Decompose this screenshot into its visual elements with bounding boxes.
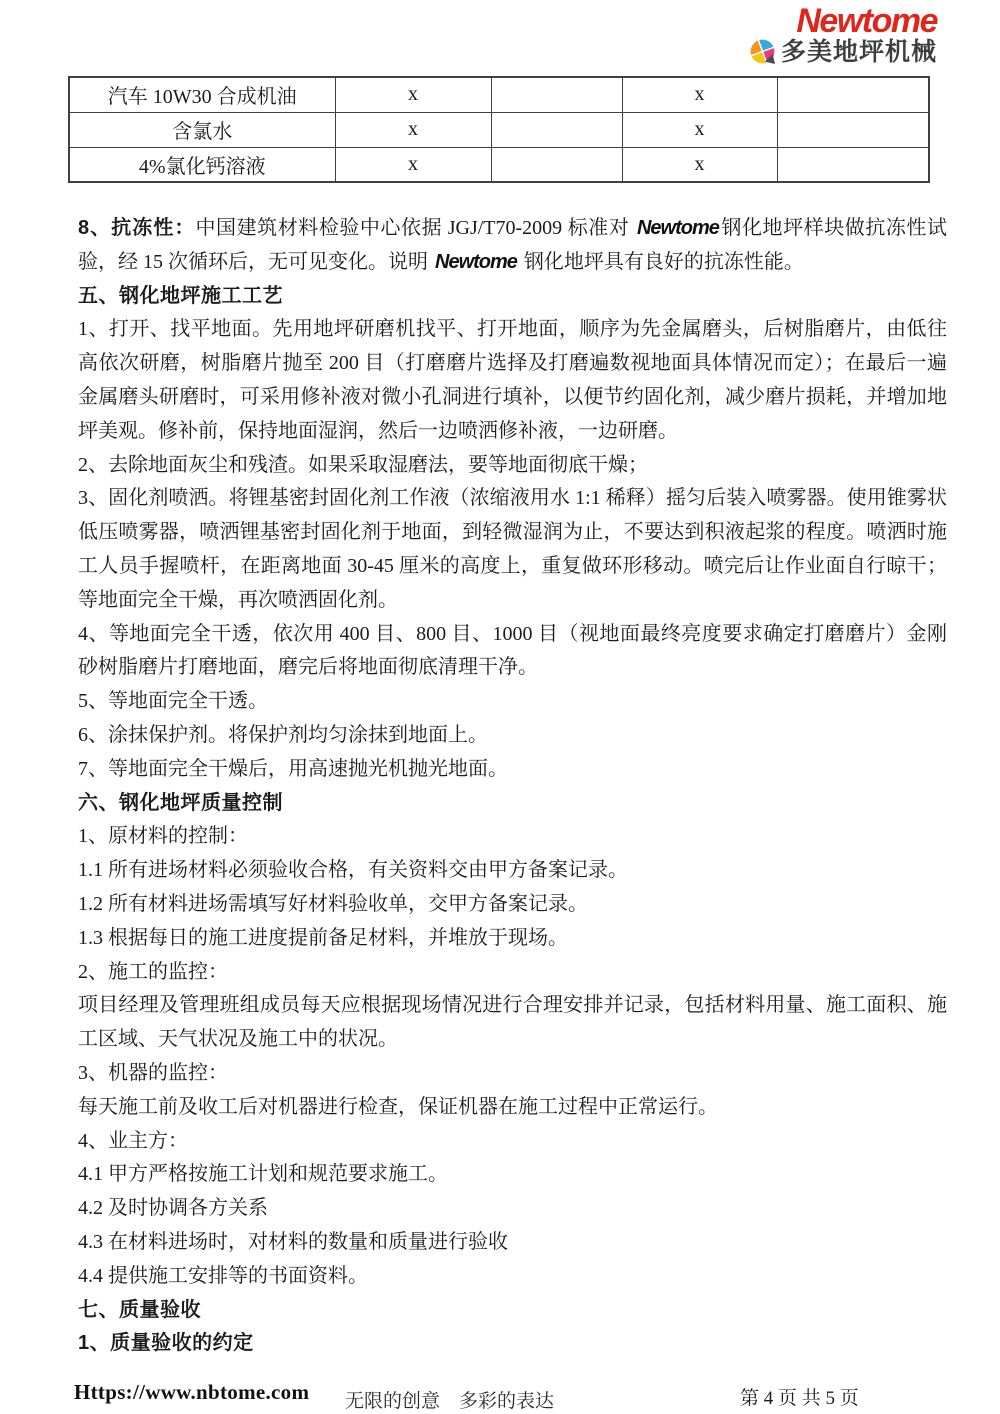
- result-cell: x: [335, 147, 491, 182]
- quality-control-item: 项目经理及管理班组成员每天应根据现场情况进行合理安排并记录，包括材料用量、施工面…: [78, 989, 947, 1057]
- brand-logo: Newtome 多美地坪机械: [749, 6, 937, 65]
- quality-control-item: 1.1 所有进场材料必须验收合格，有关资料交由甲方备案记录。: [78, 854, 947, 888]
- result-cell: x: [622, 77, 777, 112]
- result-cell: x: [622, 112, 777, 147]
- paragraph-text: 中国建筑材料检验中心依据 JGJ/T70-2009 标准对: [195, 217, 634, 239]
- table-row: 汽车 10W30 合成机油 x x: [69, 77, 929, 112]
- row-label-cell: 4%氯化钙溶液: [69, 147, 335, 182]
- result-cell: [491, 147, 622, 182]
- construction-step: 5、等地面完全干透。: [78, 685, 947, 719]
- quality-control-item: 每天施工前及收工后对机器进行检查，保证机器在施工过程中正常运行。: [78, 1091, 947, 1125]
- paragraph-frost-resistance: 8、抗冻性：中国建筑材料检验中心依据 JGJ/T70-2009 标准对 Newt…: [78, 212, 947, 280]
- quality-control-item: 2、施工的监控：: [78, 956, 947, 990]
- construction-step: 1、打开、找平地面。先用地坪研磨机找平、打开地面，顺序为先金属磨头，后树脂磨片，…: [78, 313, 947, 448]
- inline-newtome-logo: Newtome: [635, 217, 721, 239]
- footer-url: Https://www.nbtome.com: [74, 1380, 309, 1405]
- quality-control-item: 1.2 所有材料进场需填写好材料验收单，交甲方备案记录。: [78, 888, 947, 922]
- pinwheel-logo-icon: [749, 38, 776, 65]
- document-page: Newtome 多美地坪机械 汽车 10W30 合成机油 x x: [0, 0, 1000, 1414]
- row-label-cell: 含氯水: [69, 112, 335, 147]
- table-row: 4%氯化钙溶液 x x: [69, 147, 929, 182]
- subsection-heading-acceptance-agreement: 1、质量验收的约定: [78, 1327, 947, 1361]
- result-cell: [777, 112, 929, 147]
- footer-page-number: 第 4 页 共 5 页: [740, 1383, 859, 1410]
- result-cell: x: [335, 77, 491, 112]
- quality-control-item: 4、业主方：: [78, 1125, 947, 1159]
- section-heading-quality-control: 六、钢化地坪质量控制: [78, 787, 947, 821]
- result-cell: [491, 112, 622, 147]
- result-cell: x: [622, 147, 777, 182]
- quality-control-item: 3、机器的监控：: [78, 1057, 947, 1091]
- construction-step: 3、固化剂喷洒。将锂基密封固化剂工作液（浓缩液用水 1:1 稀释）摇匀后装入喷雾…: [78, 482, 947, 617]
- quality-control-item: 4.1 甲方严格按施工计划和规范要求施工。: [78, 1158, 947, 1192]
- brand-subtitle: 多美地坪机械: [781, 39, 937, 65]
- result-cell: [491, 77, 622, 112]
- construction-step: 2、去除地面灰尘和残渣。如果采取湿磨法，要等地面彻底干燥；: [78, 449, 947, 483]
- result-cell: x: [335, 112, 491, 147]
- inline-newtome-logo: Newtome: [433, 251, 519, 273]
- result-cell: [777, 77, 929, 112]
- row-label-cell: 汽车 10W30 合成机油: [69, 77, 335, 112]
- brand-wordmark: Newtome: [749, 6, 937, 36]
- brand-subtitle-row: 多美地坪机械: [749, 38, 937, 65]
- construction-step: 4、等地面完全干透，依次用 400 目、800 目、1000 目（视地面最终亮度…: [78, 618, 947, 686]
- document-body: 8、抗冻性：中国建筑材料检验中心依据 JGJ/T70-2009 标准对 Newt…: [78, 212, 947, 1361]
- section-heading-quality-acceptance: 七、质量验收: [78, 1294, 947, 1328]
- compatibility-table: 汽车 10W30 合成机油 x x 含氯水 x x 4%氯化钙溶液 x x: [68, 76, 930, 183]
- quality-control-item: 1、原材料的控制：: [78, 820, 947, 854]
- quality-control-item: 1.3 根据每日的施工进度提前备足材料，并堆放于现场。: [78, 922, 947, 956]
- construction-step: 7、等地面完全干燥后，用高速抛光机抛光地面。: [78, 753, 947, 787]
- paragraph-label: 8、抗冻性：: [78, 217, 195, 239]
- section-heading-construction-process: 五、钢化地坪施工工艺: [78, 280, 947, 314]
- quality-control-item: 4.3 在材料进场时，对材料的数量和质量进行验收: [78, 1226, 947, 1260]
- footer-slogan: 无限的创意 多彩的表达: [345, 1386, 554, 1413]
- table-row: 含氯水 x x: [69, 112, 929, 147]
- result-cell: [777, 147, 929, 182]
- quality-control-item: 4.4 提供施工安排等的书面资料。: [78, 1260, 947, 1294]
- construction-step: 6、涂抹保护剂。将保护剂均匀涂抹到地面上。: [78, 719, 947, 753]
- paragraph-text: 钢化地坪具有良好的抗冻性能。: [519, 251, 804, 273]
- quality-control-item: 4.2 及时协调各方关系: [78, 1192, 947, 1226]
